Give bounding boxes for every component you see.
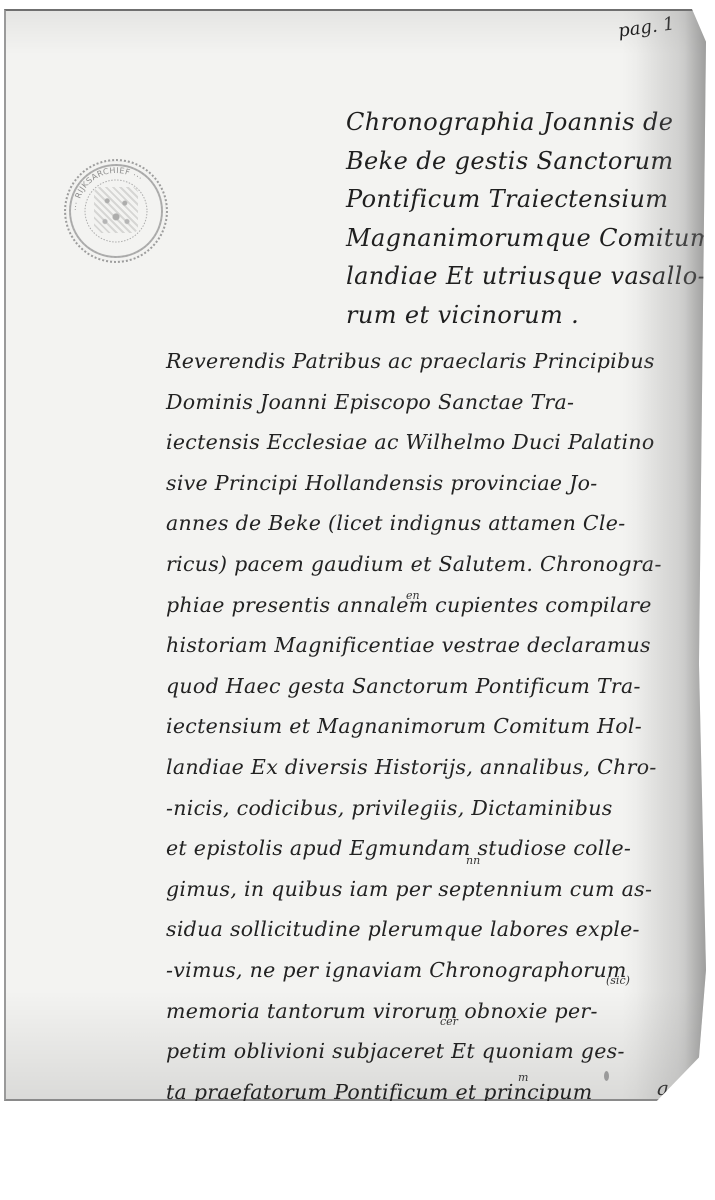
- interlinear-note: nn: [466, 854, 480, 867]
- interlinear-note: cer: [440, 1015, 458, 1028]
- body-line: sidua sollicitudine plerumque labores ex…: [166, 909, 715, 950]
- body-line: iectensium et Magnanimorum Comitum Hol-: [166, 706, 715, 747]
- title-line: Chronographia Joannis de: [346, 103, 715, 142]
- title-line: landiae Et utriusque vasallo-: [346, 257, 715, 296]
- title-line: Magnanimorumque Comitum Hol-: [346, 219, 715, 258]
- title-line: rum et vicinorum .: [346, 296, 715, 335]
- body-line: et epistolis apud Egmundam studiose coll…: [166, 828, 715, 869]
- body-line: ricus) pacem gaudium et Salutem. Chronog…: [166, 544, 715, 585]
- archive-stamp: ··· RIJKSARCHIEF ···: [64, 159, 168, 263]
- body-line: landiae Ex diversis Historijs, annalibus…: [166, 747, 715, 788]
- title-line: Pontificum Traiectensium: [346, 180, 715, 219]
- body-line: -vimus, ne per ignaviam Chronographorum: [166, 950, 715, 991]
- body-line: phiae presentis annalem cupientes compil…: [166, 585, 715, 626]
- body-line: Reverendis Patribus ac praeclaris Princi…: [166, 341, 715, 382]
- body-line: iectensis Ecclesiae ac Wilhelmo Duci Pal…: [166, 422, 715, 463]
- body-line: -nicis, codicibus, privilegiis, Dictamin…: [166, 788, 715, 829]
- interlinear-note: (sic): [606, 974, 630, 987]
- body-line: gimus, in quibus iam per septennium cum …: [166, 869, 715, 910]
- body-text: Reverendis Patribus ac praeclaris Princi…: [166, 341, 715, 1112]
- manuscript-page: pag. 1 ··· RIJKSARCHIEF ··· Chronographi…: [4, 9, 706, 1101]
- body-line: quod Haec gesta Sanctorum Pontificum Tra…: [166, 666, 715, 707]
- body-line: annes de Beke (licet indignus attamen Cl…: [166, 503, 715, 544]
- interlinear-note: m: [518, 1071, 528, 1084]
- body-line: Dominis Joanni Episcopo Sanctae Tra-: [166, 382, 715, 423]
- folio-number: pag. 1: [617, 13, 676, 42]
- body-line: ta praefatorum Pontificum et principum: [166, 1072, 715, 1113]
- stamp-coat-of-arms-icon: [94, 187, 138, 233]
- catchword: ad: [657, 1076, 682, 1100]
- interlinear-note: en: [406, 589, 420, 602]
- body-line: sive Principi Hollandensis provinciae Jo…: [166, 463, 715, 504]
- title-line: Beke de gestis Sanctorum: [346, 142, 715, 181]
- body-line: historiam Magnificentiae vestrae declara…: [166, 625, 715, 666]
- ink-blot: [604, 1071, 609, 1081]
- body-line: petim oblivioni subjaceret Et quoniam ge…: [166, 1031, 715, 1072]
- title-block: Chronographia Joannis de Beke de gestis …: [346, 103, 715, 334]
